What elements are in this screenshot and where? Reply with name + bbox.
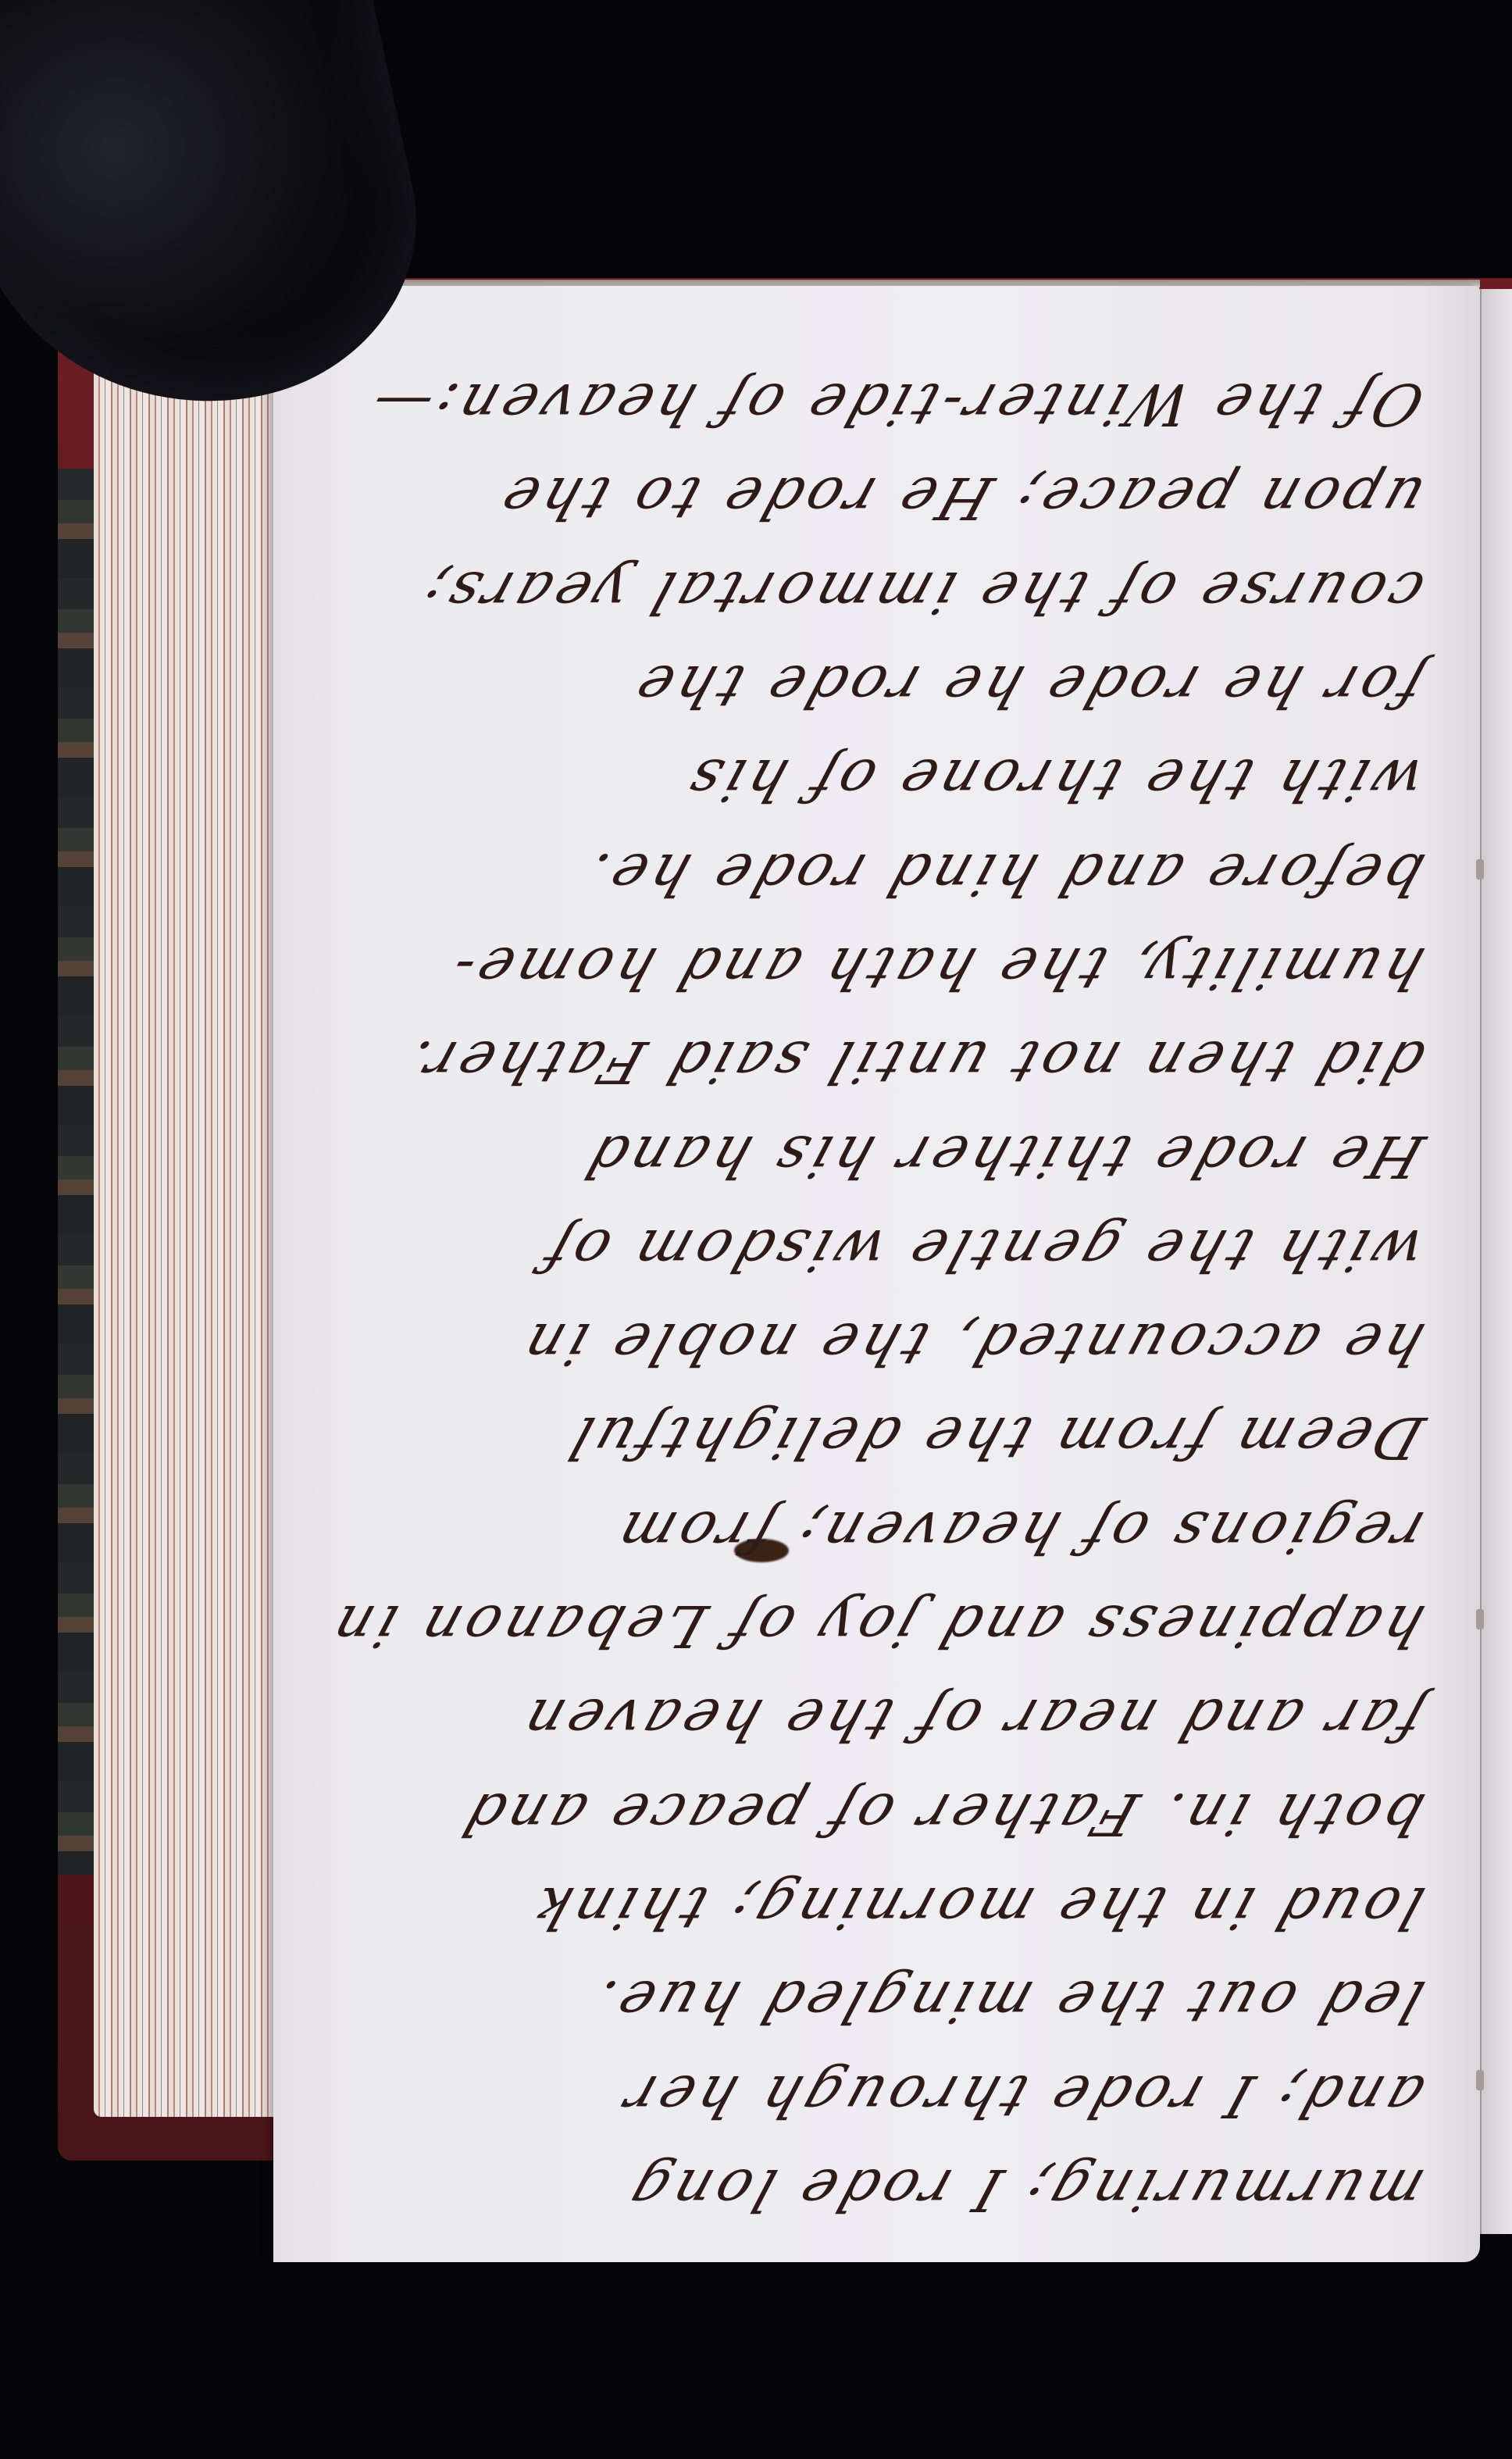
text-line: before and hind rode he. [303,845,1431,903]
text-line: loud in the morning; think [303,1879,1431,1936]
text-line: did then not until said Father. [303,1033,1431,1090]
facing-page-edge [1480,289,1512,2234]
text-line: for he rode he rode the [303,657,1431,715]
text-line: humility, the hath and home- [303,939,1431,997]
text-line: upon peace; He rode to the [303,469,1431,526]
text-line: both in. Father of peace and [303,1785,1431,1843]
text-line: happiness and joy of Lebanon in [303,1597,1431,1654]
text-line: regions of heaven; from [303,1503,1431,1561]
text-line: He rode thither his hand [303,1127,1431,1185]
page-stack-edges [94,305,281,2117]
text-line: he accounted, the noble in [303,1315,1431,1372]
text-line: course of the immortal years; [303,563,1431,621]
text-line: Deem from the delightful [303,1409,1431,1467]
text-line: Of the Winter-tide of heaven:— [303,375,1431,433]
text-line: murmuring; I rode long [303,2161,1431,2218]
text-line: led out the mingled hue. [303,1972,1431,2030]
text-line: and; I rode through her [303,2067,1431,2125]
handwritten-text: murmuring; I rode long and; I rode throu… [297,328,1453,2250]
page-notch [1476,859,1484,880]
text-line: with the throne of his [303,751,1431,808]
text-line: far and near of the heaven [303,1690,1431,1748]
page-notch [1476,1609,1484,1629]
page-notch [1476,2070,1484,2090]
text-line: with the gentle wisdom of [303,1221,1431,1279]
